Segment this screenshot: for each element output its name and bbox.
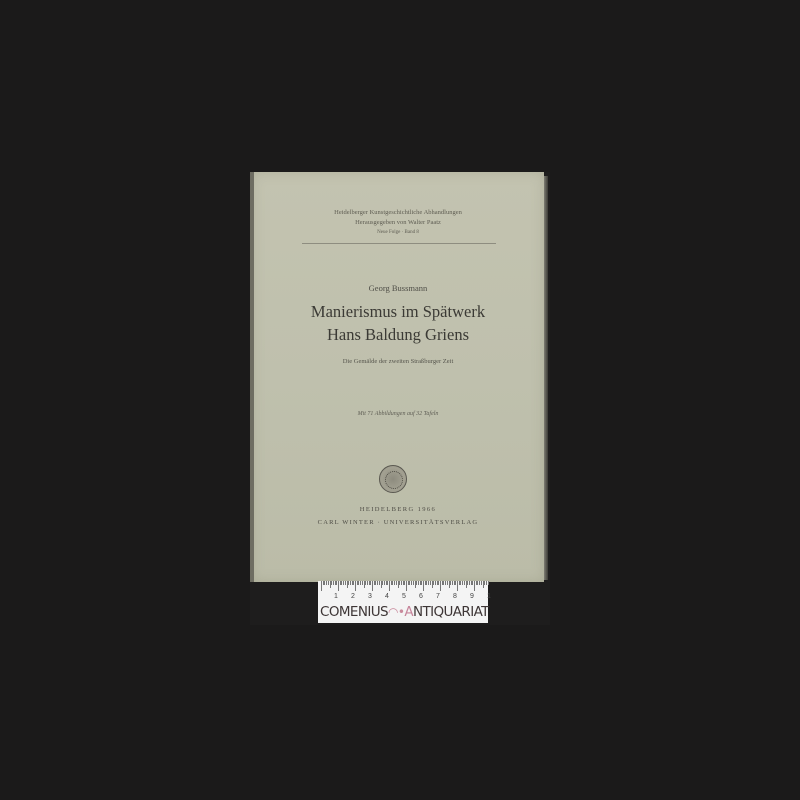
ruler-number: 8	[453, 593, 457, 600]
brand-part-2: NTIQUARIAT	[413, 604, 489, 620]
brand-accent-letter: A	[404, 604, 413, 620]
book-page-edge	[544, 176, 548, 580]
book-title: Manierismus im Spätwerk Hans Baldung Gri…	[252, 300, 544, 346]
illustrations-note: Mit 71 Abbildungen auf 32 Tafeln	[252, 411, 544, 417]
ruler-number: 3	[368, 593, 372, 600]
divider-rule	[302, 243, 496, 244]
title-line-2: Hans Baldung Griens	[252, 323, 544, 346]
author-name: Georg Bussmann	[252, 283, 544, 293]
ruler-number: 6	[419, 593, 423, 600]
brand-part-1: COMENIUS	[320, 604, 388, 620]
ruler-number: 2	[351, 593, 355, 600]
ruler-label: 1234567891 COMENIUS◠•ANTIQUARIAT	[318, 581, 488, 623]
brand-logo: COMENIUS◠•ANTIQUARIAT	[320, 603, 488, 621]
title-line-1: Manierismus im Spätwerk	[252, 300, 544, 323]
series-volume: Neue Folge · Band 8	[252, 228, 544, 238]
series-title: Heidelberger Kunstgeschichtliche Abhandl…	[252, 208, 544, 218]
publisher-name: CARL WINTER · UNIVERSITÄTSVERLAG	[252, 519, 544, 526]
ruler-number: 7	[436, 593, 440, 600]
ruler-tick	[488, 581, 489, 585]
book-cover: Heidelberger Kunstgeschichtliche Abhandl…	[252, 172, 544, 582]
series-editor: Herausgegeben von Walter Paatz	[252, 218, 544, 228]
book-subtitle: Die Gemälde der zweiten Straßburger Zeit	[252, 358, 544, 365]
ruler-number: 1	[487, 593, 491, 600]
ruler-number: 9	[470, 593, 474, 600]
ruler-number: 4	[385, 593, 389, 600]
ruler-number: 1	[334, 593, 338, 600]
ruler-number: 5	[402, 593, 406, 600]
publisher-vignette-icon	[379, 465, 407, 493]
brand-separator-icon: ◠•	[388, 605, 404, 619]
place-year: HEIDELBERG 1966	[252, 506, 544, 513]
series-block: Heidelberger Kunstgeschichtliche Abhandl…	[252, 208, 544, 238]
ruler-ticks	[318, 581, 488, 593]
